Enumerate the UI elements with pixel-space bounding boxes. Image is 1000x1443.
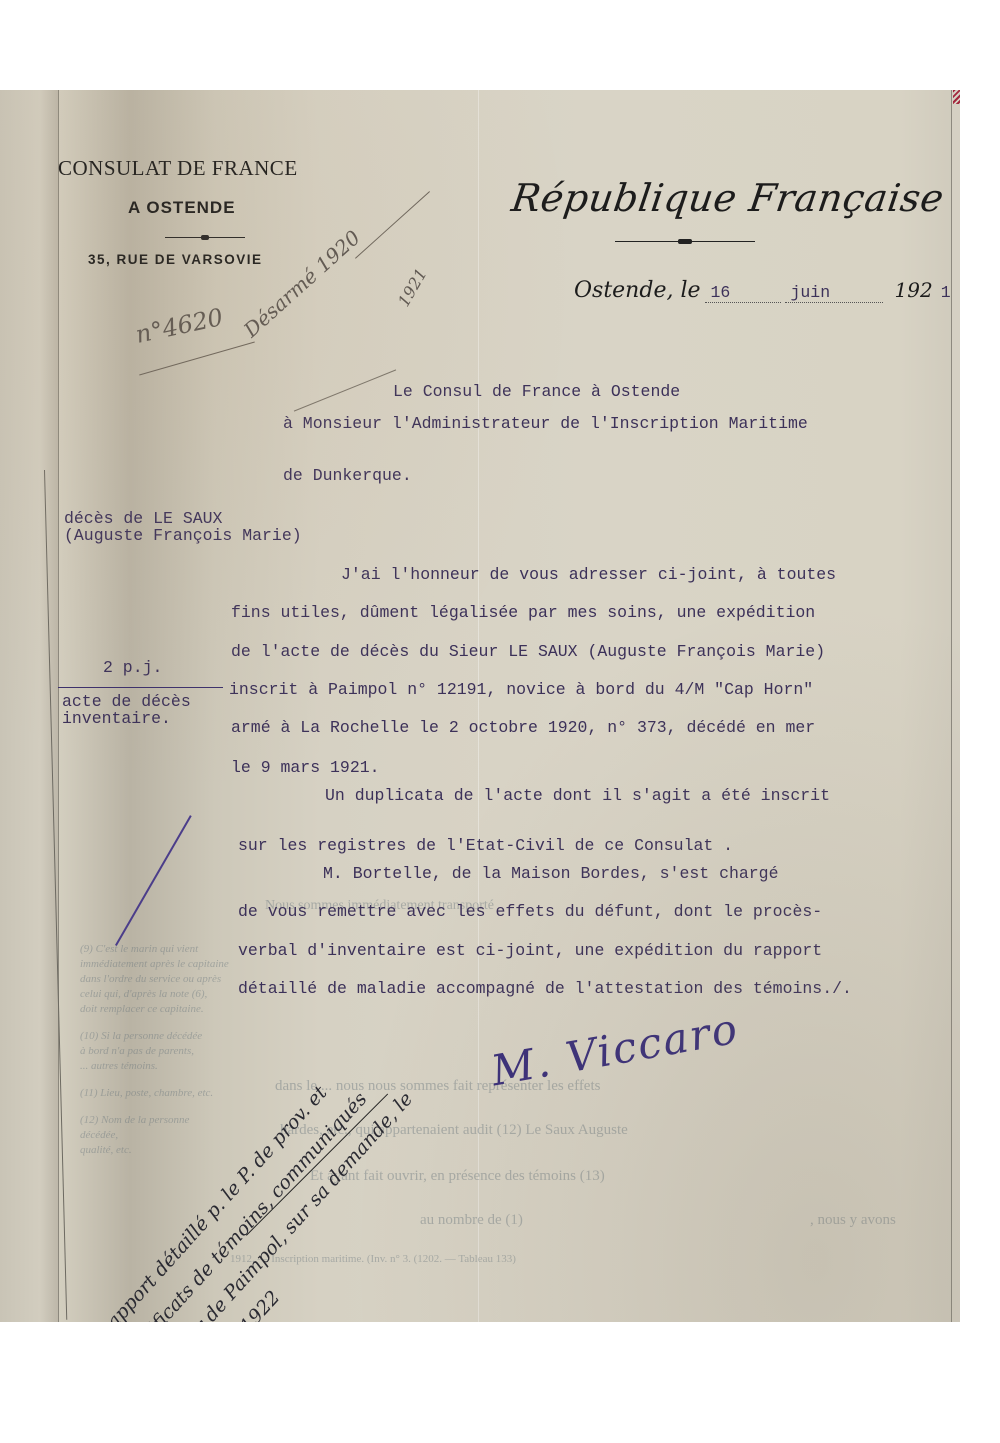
body-line: inscrit à Paimpol n° 12191, novice à bor… xyxy=(229,680,813,699)
recipient-line-1: à Monsieur l'Administrateur de l'Inscrip… xyxy=(283,414,808,433)
bleed-footnote: doit remplacer ce capitaine. xyxy=(80,1002,230,1017)
body-line: sur les registres de l'Etat-Civil de ce … xyxy=(238,836,733,855)
body-line: J'ai l'honneur de vous adresser ci-joint… xyxy=(341,565,836,584)
consulate-name: CONSULAT DE FRANCE xyxy=(58,156,298,181)
enclosure-count: 2 p.j. xyxy=(103,658,162,677)
body-line: verbal d'inventaire est ci-joint, une ex… xyxy=(238,941,822,960)
bleed-footnote: dans l'ordre du service ou après xyxy=(80,972,230,987)
consulate-city: A OSTENDE xyxy=(128,198,236,218)
bleed-line: , nous y avons xyxy=(810,1212,896,1229)
letter-page: Nous sommes immédiatement transporté dan… xyxy=(0,90,960,1322)
republic-heading: République Française xyxy=(509,176,947,220)
recipient-line-2: de Dunkerque. xyxy=(283,466,412,485)
bleed-footnote: (10) Si la personne décédée xyxy=(80,1029,230,1044)
enclosure-list: acte de décès inventaire. xyxy=(62,693,191,727)
body-line: Un duplicata de l'acte dont il s'agit a … xyxy=(325,786,830,805)
bleed-footnote: (9) C'est le marin qui vient xyxy=(80,942,230,957)
body-line: de vous remettre avec les effets du défu… xyxy=(238,902,822,921)
disarmament-year: 1921 xyxy=(394,265,431,310)
bleed-footnote: celui qui, d'après la note (6), xyxy=(80,987,230,1002)
body-line: M. Bortelle, de la Maison Bordes, s'est … xyxy=(323,864,778,883)
body-line: armé à La Rochelle le 2 octobre 1920, n°… xyxy=(231,718,815,737)
bleed-footnote: (11) Lieu, poste, chambre, etc. xyxy=(80,1086,230,1101)
subject-line-2: (Auguste François Marie) xyxy=(64,527,302,544)
bleed-footnote: à bord n'a pas de parents, xyxy=(80,1044,230,1059)
date-place: Ostende, le xyxy=(574,278,701,303)
enclosure-rule xyxy=(58,687,223,688)
enclosure-item: inventaire. xyxy=(62,710,191,727)
date-year-printed: 192 xyxy=(895,278,933,302)
date-line: Ostende, le 16 juin 1921 xyxy=(574,278,951,303)
bleed-footnote: (12) Nom de la personne décédée, xyxy=(80,1113,230,1143)
subject-block: décès de LE SAUX (Auguste François Marie… xyxy=(64,510,302,544)
body-line: de l'acte de décès du Sieur LE SAUX (Aug… xyxy=(231,642,825,661)
bleed-footnotes: (9) C'est le marin qui vient immédiateme… xyxy=(80,942,230,1158)
consulate-address: 35, RUE DE VARSOVIE xyxy=(88,252,263,267)
ornament-divider xyxy=(165,237,245,238)
consul-signature: M. Viccaro xyxy=(488,1004,743,1096)
bleed-line: au nombre de (1) xyxy=(420,1212,523,1229)
date-day: 16 xyxy=(705,283,781,303)
disarmament-note: Désarmé 1920 xyxy=(239,225,365,342)
subject-line-1: décès de LE SAUX xyxy=(64,510,302,527)
file-number-underline xyxy=(139,341,255,375)
bleed-footnote: immédiatement après le capitaine xyxy=(80,957,230,972)
body-line: détaillé de maladie accompagné de l'atte… xyxy=(238,979,852,998)
violet-pen-stroke xyxy=(115,815,192,946)
file-number: n°4620 xyxy=(133,303,225,349)
body-line: fins utiles, dûment légalisée par mes so… xyxy=(231,603,815,622)
sender-line: Le Consul de France à Ostende xyxy=(393,382,680,401)
date-month: juin xyxy=(785,283,883,303)
annotation-stroke xyxy=(294,369,396,411)
date-year-typed: 1 xyxy=(941,283,951,302)
ornament-divider xyxy=(615,241,755,242)
bleed-footnote: ... autres témoins. xyxy=(80,1059,230,1074)
next-page-edge xyxy=(951,90,960,1322)
bleed-footnote: qualité, etc. xyxy=(80,1143,230,1158)
disarmament-strike xyxy=(355,191,430,259)
enclosure-item: acte de décès xyxy=(62,693,191,710)
red-mark xyxy=(953,90,960,104)
body-line: le 9 mars 1921. xyxy=(231,758,380,777)
